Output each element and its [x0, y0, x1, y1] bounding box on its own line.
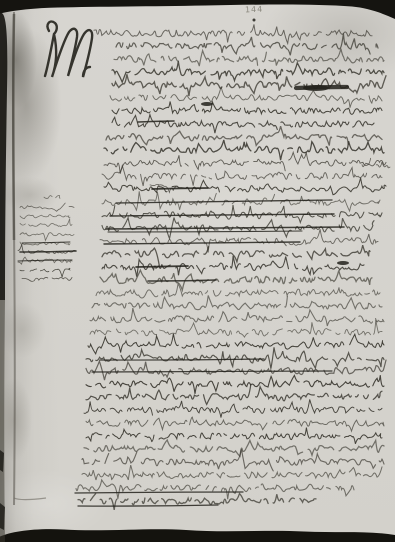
- initial-letter-M: [45, 22, 92, 77]
- page-edge-left: [0, 13, 7, 300]
- manuscript-scan: 144: [0, 0, 395, 542]
- marginal-note: [18, 195, 76, 281]
- crease-line: [14, 498, 46, 500]
- page-edge-bottom: [0, 529, 395, 542]
- page-edge-top: [0, 0, 395, 19]
- manuscript-artwork: [0, 0, 395, 542]
- handwriting-body-text: [76, 24, 386, 510]
- folio-number: 144: [245, 5, 264, 15]
- page-edges: [0, 0, 395, 542]
- binding-gutter-seam: [13, 12, 46, 505]
